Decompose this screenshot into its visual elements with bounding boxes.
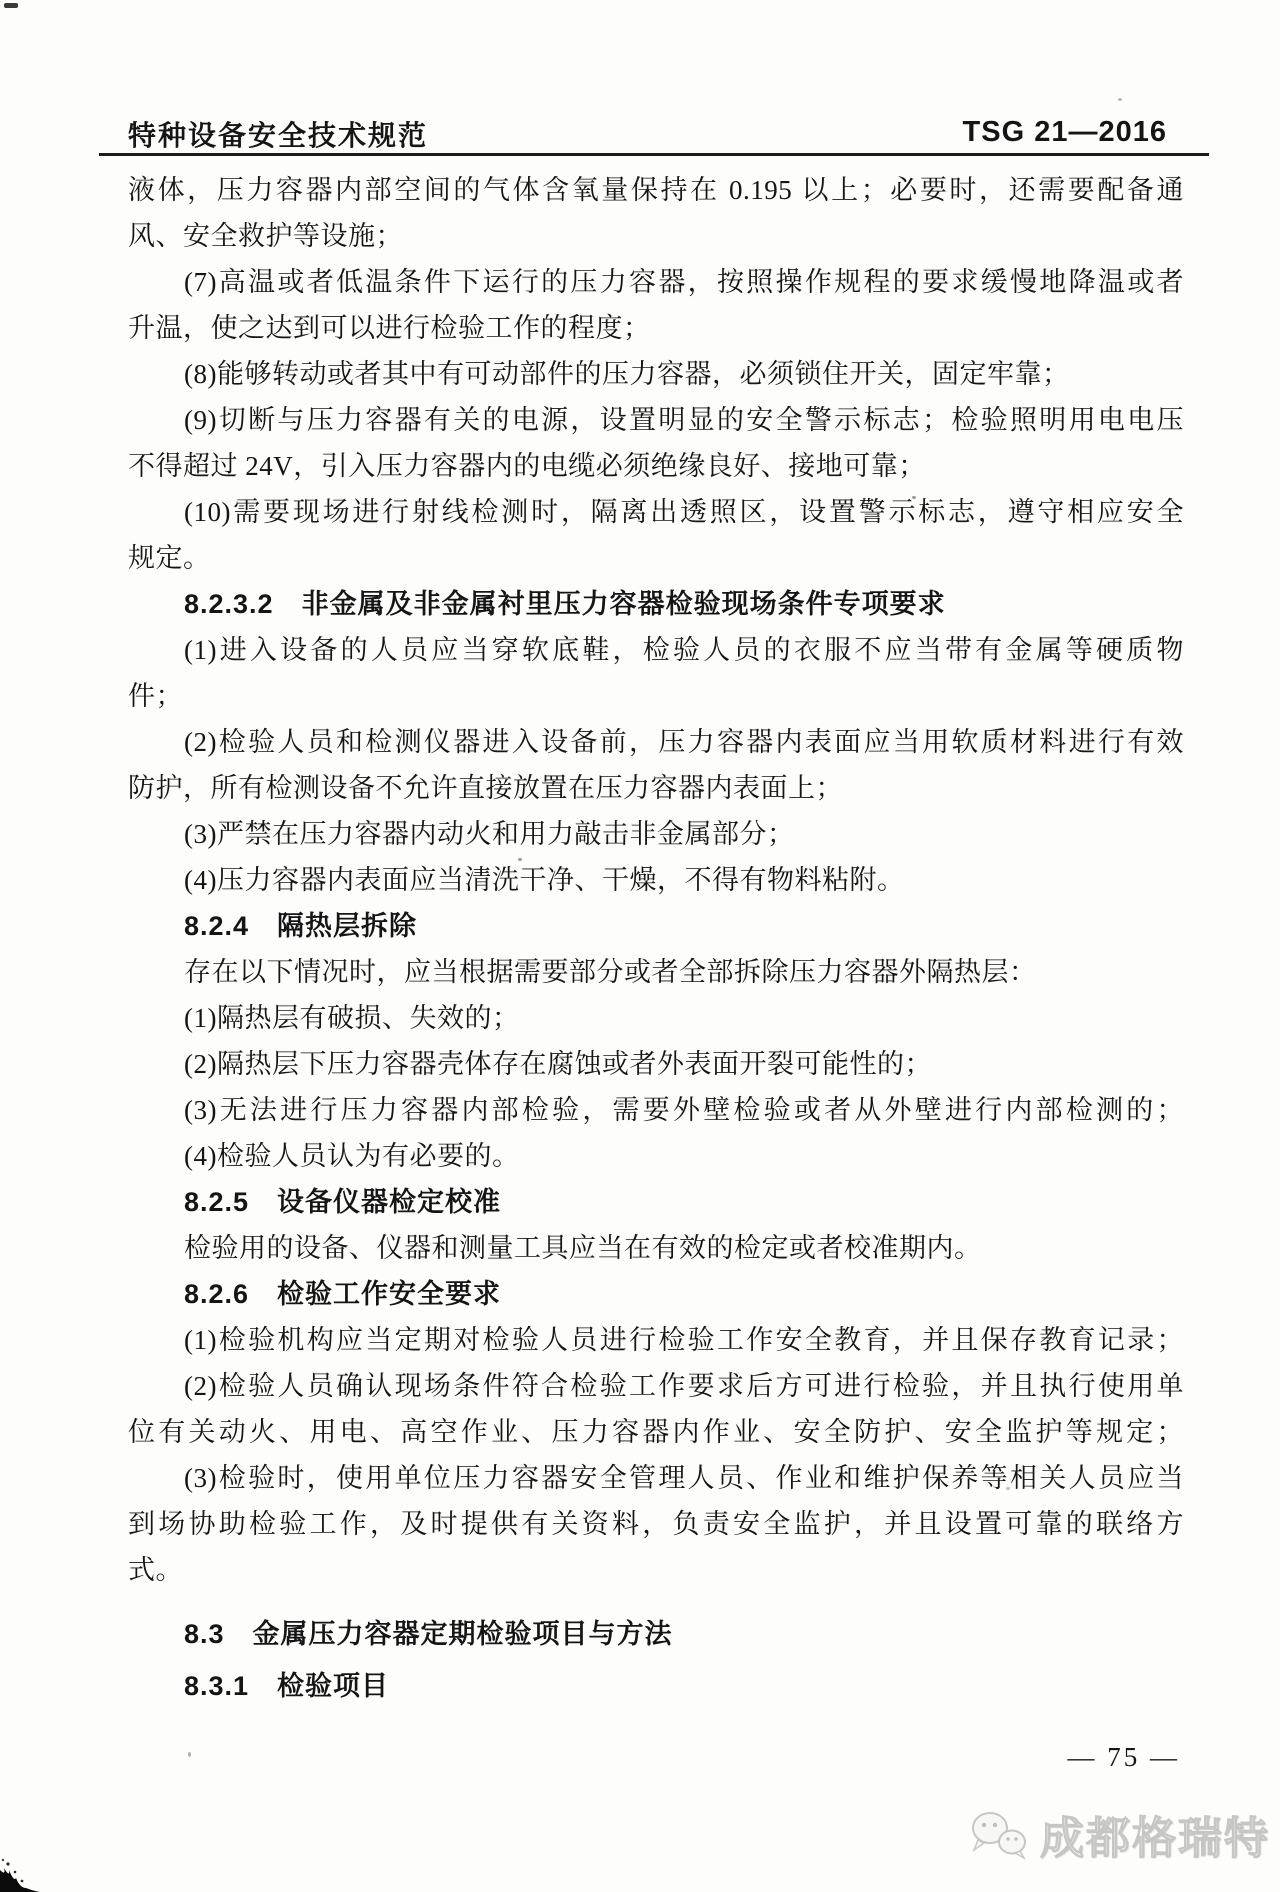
header-rule <box>99 153 1209 156</box>
text-line: 防护，所有检测设备不允许直接放置在压力容器内表面上； <box>128 765 1184 811</box>
text-line: (1)进入设备的人员应当穿软底鞋，检验人员的衣服不应当带有金属等硬质物 <box>128 627 1184 673</box>
text-line: (1)隔热层有破损、失效的； <box>128 995 1184 1041</box>
watermark: 成都格瑞特 <box>968 1802 1270 1866</box>
section-heading: 8.2.4 隔热层拆除 <box>128 903 1184 949</box>
watermark-text: 成都格瑞特 <box>1040 1802 1270 1866</box>
text-line: 到场协助检验工作，及时提供有关资料，负责安全监护，并且设置可靠的联络方 <box>128 1501 1184 1547</box>
text-line: 检验用的设备、仪器和测量工具应当在有效的检定或者校准期内。 <box>128 1225 1184 1271</box>
section-heading: 8.3.1 检验项目 <box>128 1663 1184 1709</box>
scan-speck <box>1006 1487 1010 1490</box>
text-line: 风、安全救护等设施； <box>128 213 1184 259</box>
text-line: (2)检验人员和检测仪器进入设备前，压力容器内表面应当用软质材料进行有效 <box>128 719 1184 765</box>
text-line: (4)压力容器内表面应当清洗干净、干燥，不得有物料粘附。 <box>128 857 1184 903</box>
text-line: (8)能够转动或者其中有可动部件的压力容器，必须锁住开关，固定牢靠； <box>128 351 1184 397</box>
text-line: (3)严禁在压力容器内动火和用力敲击非金属部分； <box>128 811 1184 857</box>
wechat-icon <box>968 1808 1030 1860</box>
scan-corner-artifact <box>0 1848 46 1892</box>
text-line: 规定。 <box>128 535 1184 581</box>
section-heading: 8.2.6 检验工作安全要求 <box>128 1271 1184 1317</box>
text-line: 式。 <box>128 1547 1184 1593</box>
text-line: (2)隔热层下压力容器壳体存在腐蚀或者外表面开裂可能性的； <box>128 1041 1184 1087</box>
scan-speck <box>1118 98 1122 101</box>
section-heading: 8.2.5 设备仪器检定校准 <box>128 1179 1184 1225</box>
text-line: 件； <box>128 673 1184 719</box>
text-line: 液体，压力容器内部空间的气体含氧量保持在 0.195 以上；必要时，还需要配备通 <box>128 167 1184 213</box>
text-line: (9)切断与压力容器有关的电源，设置明显的安全警示标志；检验照明用电电压 <box>128 397 1184 443</box>
text-line: (2)检验人员确认现场条件符合检验工作要求后方可进行检验，并且执行使用单 <box>128 1363 1184 1409</box>
text-line: 位有关动火、用电、高空作业、压力容器内作业、安全防护、安全监护等规定； <box>128 1409 1184 1455</box>
page-number: — 75 — <box>1068 1742 1181 1773</box>
text-line: (3)检验时，使用单位压力容器安全管理人员、作业和维护保养等相关人员应当 <box>128 1455 1184 1501</box>
body-text: 液体，压力容器内部空间的气体含氧量保持在 0.195 以上；必要时，还需要配备通… <box>128 167 1184 1709</box>
text-line: 存在以下情况时，应当根据需要部分或者全部拆除压力容器外隔热层： <box>128 949 1184 995</box>
scan-speck <box>4 3 18 8</box>
text-line: 升温，使之达到可以进行检验工作的程度； <box>128 305 1184 351</box>
doc-code: TSG 21—2016 <box>963 116 1167 149</box>
scan-speck <box>912 496 916 499</box>
section-heading: 8.2.3.2 非金属及非金属衬里压力容器检验现场条件专项要求 <box>128 581 1184 627</box>
text-line: (4)检验人员认为有必要的。 <box>128 1133 1184 1179</box>
text-line: (3)无法进行压力容器内部检验，需要外壁检验或者从外壁进行内部检测的； <box>128 1087 1184 1133</box>
section-heading: 8.3 金属压力容器定期检验项目与方法 <box>128 1611 1184 1657</box>
scan-speck <box>188 1752 191 1757</box>
scan-speck <box>518 858 522 861</box>
text-line: (10)需要现场进行射线检测时，隔离出透照区，设置警示标志，遵守相应安全 <box>128 489 1184 535</box>
doc-title: 特种设备安全技术规范 <box>128 114 428 154</box>
text-line: (1)检验机构应当定期对检验人员进行检验工作安全教育，并且保存教育记录； <box>128 1317 1184 1363</box>
text-line: 不得超过 24V，引入压力容器内的电缆必须绝缘良好、接地可靠； <box>128 443 1184 489</box>
document-page: 特种设备安全技术规范 TSG 21—2016 液体，压力容器内部空间的气体含氧量… <box>0 0 1280 1892</box>
text-line: (7)高温或者低温条件下运行的压力容器，按照操作规程的要求缓慢地降温或者 <box>128 259 1184 305</box>
